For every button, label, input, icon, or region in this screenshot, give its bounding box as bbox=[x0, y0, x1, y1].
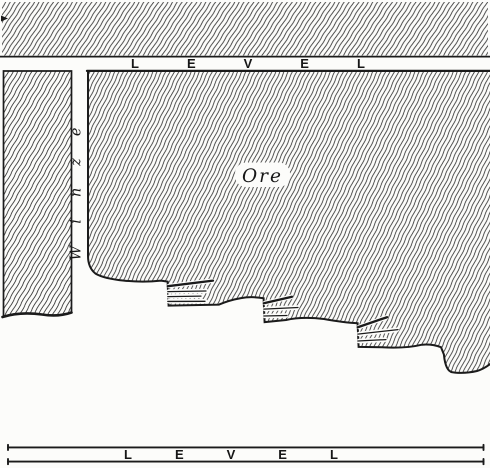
bottom-level-label: LEVEL bbox=[124, 447, 381, 462]
left-wall-rock bbox=[4, 71, 72, 317]
ore-label: Ore bbox=[242, 166, 283, 187]
top-level-label: LEVEL bbox=[131, 56, 413, 71]
stope-cross-section-svg: LEVEL Ore Winze bbox=[0, 0, 490, 468]
upper-rock-band bbox=[2, 2, 488, 56]
mining-diagram-figure: LEVEL Ore Winze bbox=[0, 0, 490, 468]
ore-body bbox=[88, 71, 490, 373]
winze-label: Winze bbox=[69, 106, 85, 261]
